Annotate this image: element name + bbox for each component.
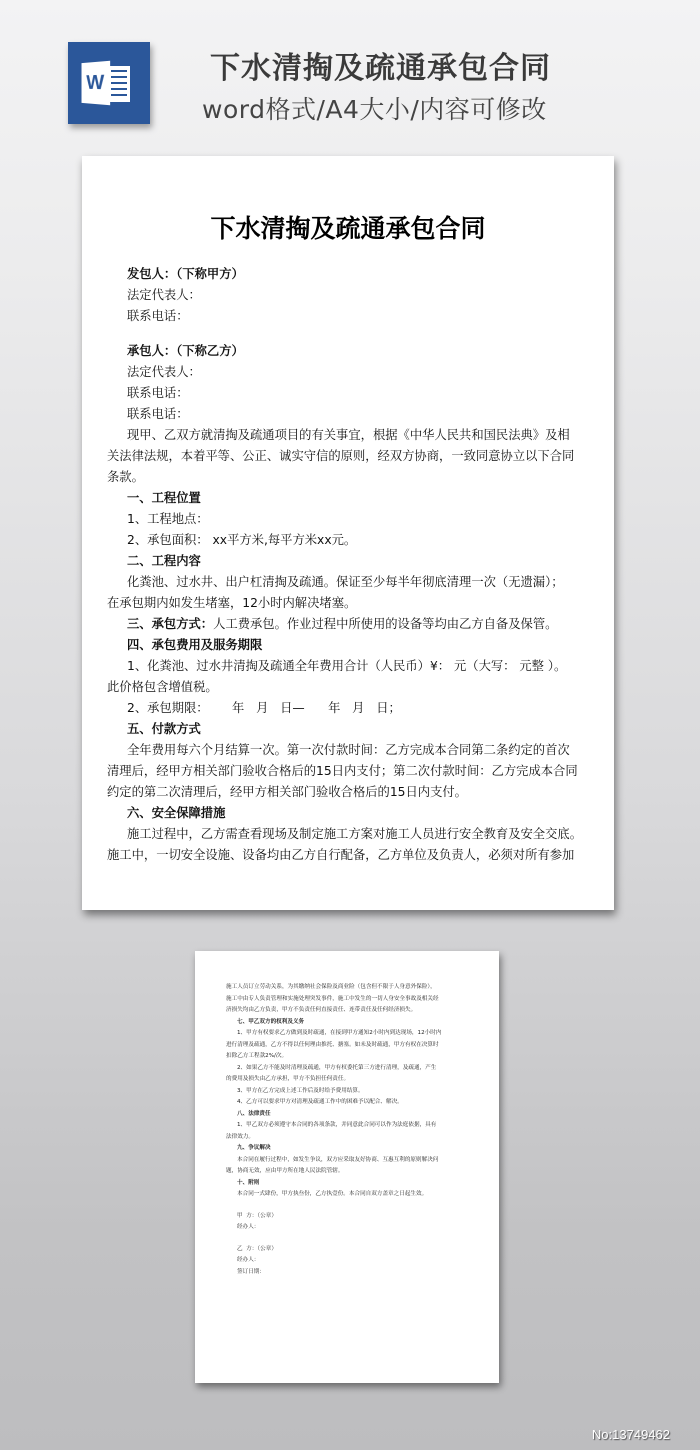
party-a-label: 发包人：（下称甲方） [127,264,572,285]
section-item: 1、甲方有权要求乙方做到及时疏通，在接到甲方通知2小时内到达现场，12小时内 [226,1028,476,1040]
sign-date: 签订日期： [226,1267,476,1279]
section-3: 三、承包方式：人工费承包。作业过程中所使用的设备等均由乙方自备及保管。 [127,614,572,635]
section-heading: 十、附则 [226,1178,476,1190]
intro-line: 条款。 [107,467,572,488]
section-text: 人工费承包。作业过程中所使用的设备等均由乙方自备及保管。 [213,617,557,631]
section-text: 约定的第二次清理后，经甲方相关部门验收合格后的15日内支付。 [107,782,572,803]
party-a-phone: 联系电话： [127,306,572,327]
document-page-1: 下水清掏及疏通承包合同 发包人：（下称甲方） 法定代表人： 联系电话： 承包人：… [82,156,614,910]
section-heading: 五、付款方式 [127,719,572,740]
section-heading: 三、承包方式： [127,617,213,631]
section-text: 清理后，经甲方相关部门验收合格后的15日内支付；第二次付款时间：乙方完成本合同 [107,761,572,782]
section-text: 施工中，一切安全设施、设备均由乙方自行配备，乙方单位及负责人，必须对所有参加 [107,845,572,866]
section-item: 此价格包含增值税。 [107,677,572,698]
page-1-body: 发包人：（下称甲方） 法定代表人： 联系电话： 承包人：（下称乙方） 法定代表人… [127,264,572,866]
section-item: 2、承包面积： xx平方米,每平方米xx元。 [127,530,572,551]
section-text: 施工人员订立劳动关系，为其缴纳社会保险及商业险（包含但不限于人身意外保险）， [226,982,476,994]
section-text: 施工过程中，乙方需查看现场及制定施工方案对施工人员进行安全教育及安全交底。 [127,824,572,845]
section-text: 1、甲乙双方必须遵守本合同的各项条款，并同意此合同可以作为法庭依据，具有 [226,1120,476,1132]
section-item: 的费用及损失由乙方承担，甲方不负担任何责任。 [226,1074,476,1086]
sign-party-b: 乙 方：（公章） [226,1244,476,1256]
section-item: 4、乙方可以要求甲方对清理及疏通工作中的困难予以配合、解决。 [226,1097,476,1109]
section-heading: 六、安全保障措施 [127,803,572,824]
section-text: 施工中由专人负责管理和实施处理突发事件，施工中发生的一切人身安全事故及相关经 [226,994,476,1006]
section-heading: 八、法律责任 [226,1109,476,1121]
section-item: 扣除乙方工程款2%/次。 [226,1051,476,1063]
section-text: 法律效力。 [226,1132,476,1144]
section-heading: 二、工程内容 [127,551,572,572]
banner-subtitle: word格式/A4大小/内容可修改 [0,90,700,126]
section-text: 本合同在履行过程中，如发生争议，双方应采取友好协商、互惠互利的原则解决问 [226,1155,476,1167]
party-b-phone: 联系电话： [127,383,572,404]
intro-line: 现甲、乙双方就清掏及疏通项目的有关事宜，根据《中华人民共和国民法典》及相 [107,425,572,446]
document-page-2: 施工人员订立劳动关系，为其缴纳社会保险及商业险（包含但不限于人身意外保险）， 施… [195,951,499,1383]
banner-title: 下水清掏及疏通承包合同 [0,43,700,87]
party-b-rep: 法定代表人： [127,362,572,383]
image-number: No:13749462 [592,1427,670,1442]
section-item: 2、如果乙方不能及时清理及疏通，甲方有权委托第三方进行清理，及疏通，产生 [226,1063,476,1075]
section-item: 2、承包期限： 年 月 日— 年 月 日； [127,698,572,719]
section-item: 3、甲方在乙方完成上述工作后及时给予费用结算。 [226,1086,476,1098]
section-text: 全年费用每六个月结算一次。第一次付款时间：乙方完成本合同第二条约定的首次 [127,740,572,761]
section-text: 题，协商无效，应由甲方所在地人民法院管辖。 [226,1166,476,1178]
party-b-label: 承包人：（下称乙方） [127,341,572,362]
sign-party-a: 甲 方：（公章） [226,1211,476,1223]
section-heading: 七、甲乙双方的权利及义务 [226,1017,476,1029]
sign-party-b-agent: 经办人： [226,1255,476,1267]
intro-line: 关法律法规，本着平等、公正、诚实守信的原则，经双方协商，一致同意协立以下合同 [107,446,572,467]
party-a-rep: 法定代表人： [127,285,572,306]
party-b-phone-2: 联系电话： [127,404,572,425]
section-text: 在承包期内如发生堵塞，12小时内解决堵塞。 [107,593,572,614]
section-text: 本合同一式肆份，甲方执叁份，乙方执壹份。本合同自双方盖章之日起生效。 [226,1189,476,1201]
sign-party-a-agent: 经办人： [226,1222,476,1234]
header-banner: W 下水清掏及疏通承包合同 word格式/A4大小/内容可修改 [0,0,700,150]
section-heading: 九、争议解决 [226,1143,476,1155]
page-2-body: 施工人员订立劳动关系，为其缴纳社会保险及商业险（包含但不限于人身意外保险）， 施… [226,982,476,1278]
section-heading: 一、工程位置 [127,488,572,509]
section-text: 化粪池、过水井、出户杠清掏及疏通。保证至少每半年彻底清理一次（无遗漏）； [127,572,572,593]
section-heading: 四、承包费用及服务期限 [127,635,572,656]
document-title: 下水清掏及疏通承包合同 [82,209,614,245]
section-item: 进行清理及疏通，乙方不得以任何理由推托、搪塞。如未及时疏通，甲方有权在决算时 [226,1040,476,1052]
section-item: 1、工程地点： [127,509,572,530]
section-text: 济损失均由乙方负责，甲方不负责任何直接责任、连带责任及任何经济损失。 [226,1005,476,1017]
section-item: 1、化粪池、过水井清掏及疏通全年费用合计（人民币）¥： 元（大写： 元整 ）。 [127,656,572,677]
